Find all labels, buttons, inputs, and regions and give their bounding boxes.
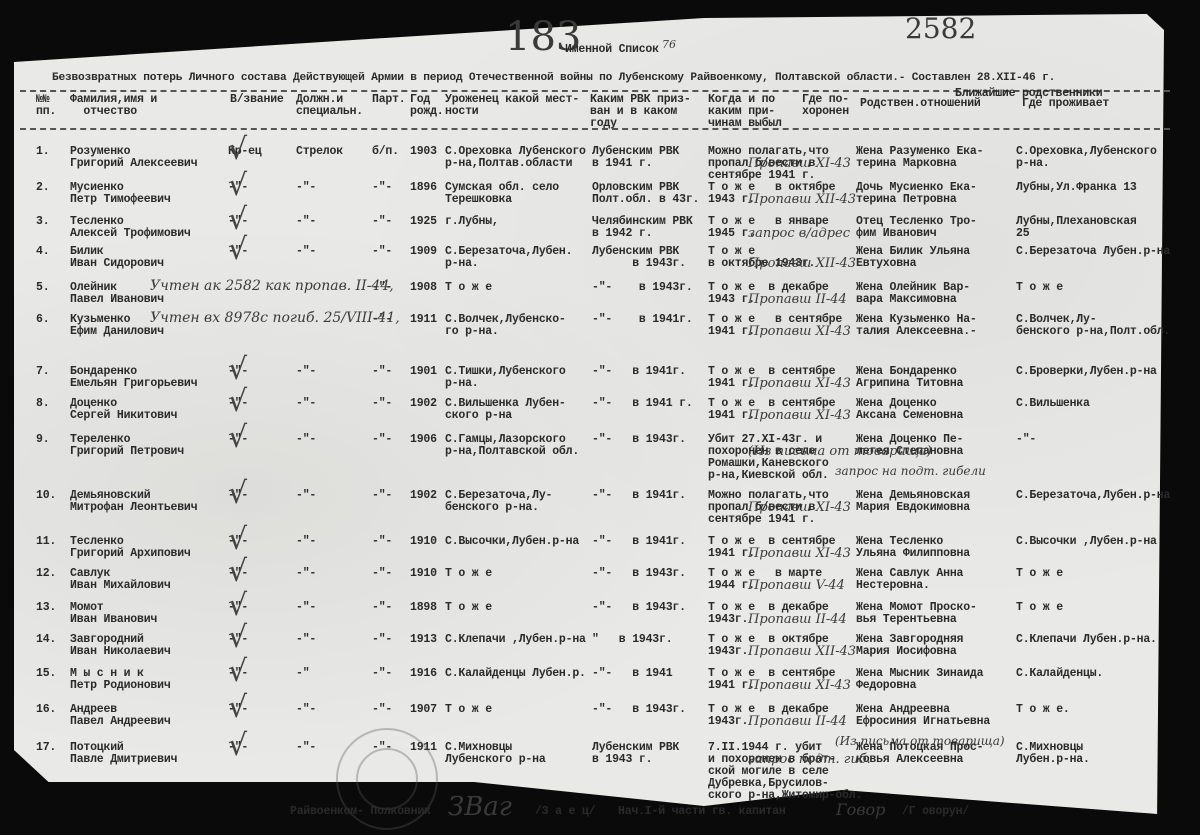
handwritten-inline-note: Учтен вх 8978с погиб. 25/VIII-41, bbox=[150, 310, 400, 326]
row-number: 8. bbox=[36, 398, 49, 410]
birthplace: С.Вильшенка Лубен- ского р-на bbox=[445, 398, 566, 422]
draft-office: Челябинским РВК в 1942 г. bbox=[592, 216, 693, 240]
handwritten-inline-note: Учтен ак 2582 как пропав. II-44, bbox=[150, 278, 394, 294]
party: б/п. bbox=[372, 146, 399, 158]
handwritten-note: Пропавш XI-43 bbox=[748, 546, 851, 561]
handwritten-note: Пропавш II-44 bbox=[748, 292, 847, 307]
checkmark-icon: √ bbox=[228, 232, 247, 267]
birth-year: 1911 bbox=[410, 314, 437, 326]
handwritten-note: Пропавш XI-43 bbox=[748, 324, 851, 339]
row-number: 4. bbox=[36, 246, 49, 258]
row-number: 1. bbox=[36, 146, 49, 158]
row-number: 12. bbox=[36, 568, 56, 580]
relative: Дочь Мусиенко Ека- терина Петровна bbox=[856, 182, 977, 206]
party: -"- bbox=[372, 490, 392, 502]
birthplace: С.Волчек,Лубенско- го р-на. bbox=[445, 314, 566, 338]
position: -"- bbox=[296, 434, 316, 446]
checkmark-icon: √ bbox=[228, 476, 247, 511]
position: -"- bbox=[296, 602, 316, 614]
chief-signature: Говор bbox=[836, 800, 885, 819]
party: -"- bbox=[372, 704, 392, 716]
draft-office: -"- в 1943г. bbox=[592, 704, 686, 716]
draft-office: -"- в 1941 bbox=[592, 668, 672, 680]
draft-office: Лубенским РВК в 1941 г. bbox=[592, 146, 679, 170]
birth-year: 1902 bbox=[410, 398, 437, 410]
soldier-name: Тесленко Григорий Архипович bbox=[70, 536, 191, 560]
birth-year: 1910 bbox=[410, 568, 437, 580]
party: -"- bbox=[372, 568, 392, 580]
soldier-name: Момот Иван Иванович bbox=[70, 602, 157, 626]
col-rvk: Каким РВК приз- ван и в каком году bbox=[590, 94, 691, 130]
position: -"- bbox=[296, 246, 316, 258]
handwritten-note: Пропавш II-44 bbox=[748, 612, 847, 627]
party: -"- bbox=[372, 434, 392, 446]
draft-office: Лубенским РВК в 1943 г. bbox=[592, 742, 679, 766]
relative: Жена Демьяновская Мария Евдокимовна bbox=[856, 490, 970, 514]
position: -"- bbox=[296, 536, 316, 548]
relative: Жена Олейник Вар- вара Максимовна bbox=[856, 282, 970, 306]
draft-office: -"- в 1941г. bbox=[592, 490, 686, 502]
loss-circumstances: 7.II.1944 г. убит и похоронен в брат- ск… bbox=[708, 742, 862, 802]
soldier-name: Тесленко Алексей Трофимович bbox=[70, 216, 191, 240]
birth-year: 1896 bbox=[410, 182, 437, 194]
relative-residence: Т о ж е bbox=[1016, 282, 1063, 294]
handwritten-note: Пропавш XI-43 bbox=[748, 156, 851, 171]
row-number: 11. bbox=[36, 536, 56, 548]
party: -"- bbox=[372, 216, 392, 228]
draft-office: -"- в 1941г. bbox=[592, 536, 686, 548]
birthplace: С.Михновцы Лубенского р-на bbox=[445, 742, 546, 766]
relative: Жена Момот Проско- вья Терентьевна bbox=[856, 602, 977, 626]
relative-residence: С.Березаточа,Лубен.р-на bbox=[1016, 490, 1170, 502]
soldier-name: Бондаренко Емельян Григорьевич bbox=[70, 366, 197, 390]
birthplace: С.Калайденцы Лубен.р. bbox=[445, 668, 586, 680]
relative-residence: С.Калайденцы. bbox=[1016, 668, 1103, 680]
position: -"- bbox=[296, 216, 316, 228]
party: -"- bbox=[372, 182, 392, 194]
row-number: 5. bbox=[36, 282, 49, 294]
position: -"- bbox=[296, 704, 316, 716]
party: -"- bbox=[372, 668, 392, 680]
birth-year: 1925 bbox=[410, 216, 437, 228]
row-number: 6. bbox=[36, 314, 49, 326]
relative: Жена Бондаренко Агрипина Титовна bbox=[856, 366, 963, 390]
checkmark-icon: √ bbox=[228, 728, 247, 763]
checkmark-icon: √ bbox=[228, 420, 247, 455]
relative-residence: С.Михновцы Лубен.р-на. bbox=[1016, 742, 1090, 766]
checkmark-icon: √ bbox=[228, 132, 247, 167]
checkmark-icon: √ bbox=[228, 690, 247, 725]
divider bbox=[20, 128, 1170, 130]
draft-office: -"- в 1941 г. bbox=[592, 398, 693, 410]
col-origin: Уроженец какой мест- ности bbox=[445, 94, 579, 118]
col-birth-year: Год рожд. bbox=[410, 94, 444, 118]
relative: Жена Мысник Зинаида Федоровна bbox=[856, 668, 983, 692]
handwritten-note: Пропавш XI-43 bbox=[748, 408, 851, 423]
relative-residence: С.Броверки,Лубен.р-на bbox=[1016, 366, 1157, 378]
row-number: 14. bbox=[36, 634, 56, 646]
draft-office: -"- в 1941г. bbox=[592, 366, 686, 378]
col-party: Парт. bbox=[372, 94, 406, 106]
document-header: Безвозвратных потерь Личного состава Дей… bbox=[52, 72, 1055, 84]
commissar-name: /З а е ц/ bbox=[535, 806, 595, 818]
position: -"- bbox=[296, 568, 316, 580]
birthplace: Т о ж е bbox=[445, 602, 492, 614]
handwritten-note: (Из письма от товарища) bbox=[748, 444, 932, 459]
checkmark-icon: √ bbox=[228, 352, 247, 387]
party: -"- bbox=[372, 634, 392, 646]
soldier-name: Демьяновский Митрофан Леонтьевич bbox=[70, 490, 197, 514]
row-number: 7. bbox=[36, 366, 49, 378]
chief-title: Нач.I-й части гв. капитан bbox=[618, 806, 786, 818]
relative-residence: -"- bbox=[1016, 434, 1036, 446]
row-number: 3. bbox=[36, 216, 49, 228]
relative: Жена Савлук Анна Нестеровна. bbox=[856, 568, 963, 592]
birthplace: С.Гамцы,Лазорского р-на,Полтавской обл. bbox=[445, 434, 579, 458]
birthplace: С.Клепачи ,Лубен.р-на bbox=[445, 634, 586, 646]
relative: Жена Тесленко Ульяна Филипповна bbox=[856, 536, 970, 560]
chief-name: /Г оворун/ bbox=[902, 806, 969, 818]
relative: Отец Тесленко Тро- фим Иванович bbox=[856, 216, 977, 240]
soldier-name: Андреев Павел Андреевич bbox=[70, 704, 171, 728]
row-number: 15. bbox=[36, 668, 56, 680]
birthplace: Сумская обл. село Терешковка bbox=[445, 182, 559, 206]
draft-office: Орловским РВК Полт.обл. в 43г. bbox=[592, 182, 699, 206]
relative: Жена Доценко Аксана Семеновна bbox=[856, 398, 963, 422]
handwritten-note: Пропавш XII-43 bbox=[748, 192, 856, 207]
birth-year: 1903 bbox=[410, 146, 437, 158]
row-number: 9. bbox=[36, 434, 49, 446]
position: -"- bbox=[296, 366, 316, 378]
stamp-emblem-icon bbox=[356, 748, 418, 810]
draft-office: -"- в 1943г. bbox=[592, 282, 693, 294]
draft-office: -"- в 1943г. bbox=[592, 602, 686, 614]
checkmark-icon: √ bbox=[228, 620, 247, 655]
checkmark-icon: √ bbox=[228, 554, 247, 589]
soldier-name: Савлук Иван Михайлович bbox=[70, 568, 171, 592]
row-number: 2. bbox=[36, 182, 49, 194]
list-number: 76 bbox=[662, 38, 676, 51]
party: -"- bbox=[372, 246, 392, 258]
relative-residence: С.Волчек,Лу- бенского р-на,Полт.обл. bbox=[1016, 314, 1170, 338]
handwritten-note: Пропавш XI-43 bbox=[748, 500, 851, 515]
commissar-title: Райвоенком- Полковник bbox=[290, 806, 431, 818]
birthplace: С.Березаточа,Лу- бенского р-на. bbox=[445, 490, 552, 514]
soldier-name: Мусиенко Петр Тимофеевич bbox=[70, 182, 171, 206]
party: -"- bbox=[372, 398, 392, 410]
checkmark-icon: √ bbox=[228, 588, 247, 623]
handwritten-note: Пропавш V-44 bbox=[748, 578, 845, 593]
row-number: 17. bbox=[36, 742, 56, 754]
draft-office: -"- в 1943г. bbox=[592, 434, 686, 446]
party: -"- bbox=[372, 366, 392, 378]
position: -"- bbox=[296, 398, 316, 410]
relative: Жена Разуменко Ека- терина Марковна bbox=[856, 146, 983, 170]
birth-year: 1913 bbox=[410, 634, 437, 646]
position: -"- bbox=[296, 634, 316, 646]
col-rank: В/звание bbox=[230, 94, 284, 106]
relative-residence: С.Клепачи Лубен.р-на. bbox=[1016, 634, 1157, 646]
birth-year: 1916 bbox=[410, 668, 437, 680]
handwritten-note: запрос подт. гиб. bbox=[748, 752, 871, 767]
relative-residence: Т о ж е bbox=[1016, 602, 1063, 614]
relative-residence: С.Высочки ,Лубен.р-на bbox=[1016, 536, 1157, 548]
col-when-why: Когда и по каким при- чинам выбыл bbox=[708, 94, 782, 130]
position: -" bbox=[296, 668, 309, 680]
draft-office: -"- в 1941г. bbox=[592, 314, 693, 326]
relative-residence: С.Березаточа Лубен.р-на bbox=[1016, 246, 1170, 258]
handwritten-note-secondary: запрос на подт. гибели bbox=[835, 464, 986, 478]
birth-year: 1906 bbox=[410, 434, 437, 446]
relative-residence: С.Вильшенка bbox=[1016, 398, 1090, 410]
birthplace: г.Лубны, bbox=[445, 216, 499, 228]
row-number: 13. bbox=[36, 602, 56, 614]
birthplace: С.Высочки,Лубен.р-на bbox=[445, 536, 579, 548]
col-num: №№ пп. bbox=[36, 94, 56, 118]
birthplace: С.Тишки,Лубенского р-на. bbox=[445, 366, 566, 390]
soldier-name: Доценко Сергей Никитович bbox=[70, 398, 177, 422]
relative: Жена Билик Ульяна Евтуховна bbox=[856, 246, 970, 270]
soldier-name: Завгородний Иван Николаевич bbox=[70, 634, 171, 658]
position: Стрелок bbox=[296, 146, 343, 158]
party: -"- bbox=[372, 536, 392, 548]
handwritten-note: запрос в/адрес bbox=[748, 226, 850, 241]
soldier-name: Тереленко Григорий Петрович bbox=[70, 434, 184, 458]
handwritten-note: Пропавш XI-43 bbox=[748, 678, 851, 693]
relative-residence: Т о ж е. bbox=[1016, 704, 1070, 716]
relative: Жена Кузьменко На- талия Алексеевна.- bbox=[856, 314, 977, 338]
document-page bbox=[14, 14, 1164, 814]
birthplace: С.Березаточа,Лубен. р-на. bbox=[445, 246, 572, 270]
col-residence: Где проживает bbox=[1022, 98, 1109, 110]
draft-office: " в 1943г. bbox=[592, 634, 672, 646]
soldier-name: Розуменко Григорий Алексеевич bbox=[70, 146, 197, 170]
relative: Жена Андреевна Ефросиния Игнатьевна bbox=[856, 704, 990, 728]
col-position: Должн.и специальн. bbox=[296, 94, 363, 118]
soldier-name: Билик Иван Сидорович bbox=[70, 246, 164, 270]
birth-year: 1898 bbox=[410, 602, 437, 614]
handwritten-note: Пропавш II-44 bbox=[748, 714, 847, 729]
checkmark-icon: √ bbox=[228, 654, 247, 689]
col-relation: Родствен.отношений bbox=[860, 98, 981, 110]
row-number: 16. bbox=[36, 704, 56, 716]
col-name: Фамилия,имя и отчество bbox=[70, 94, 157, 118]
checkmark-icon: √ bbox=[228, 522, 247, 557]
relative-residence: Лубны,Ул.Франка 13 bbox=[1016, 182, 1137, 194]
birthplace: Т о ж е bbox=[445, 704, 492, 716]
party: -"- bbox=[372, 602, 392, 614]
position: -"- bbox=[296, 742, 316, 754]
birth-year: 1907 bbox=[410, 704, 437, 716]
draft-office: Лубенским РВК в 1943г. bbox=[592, 246, 686, 270]
birthplace: Т о ж е bbox=[445, 282, 492, 294]
soldier-name: Потоцкий Павле Дмитриевич bbox=[70, 742, 177, 766]
commissar-signature: ЗВаг bbox=[448, 792, 512, 822]
position: -"- bbox=[296, 182, 316, 194]
birthplace: Т о ж е bbox=[445, 568, 492, 580]
checkmark-icon: √ bbox=[228, 384, 247, 419]
file-number: 2582 bbox=[905, 12, 976, 45]
birth-year: 1908 bbox=[410, 282, 437, 294]
birthplace: С.Ореховка Лубенского р-на,Полтав.област… bbox=[445, 146, 586, 170]
col-buried: Где по- хоронен bbox=[802, 94, 849, 118]
row-number: 10. bbox=[36, 490, 56, 502]
relative-residence: Лубны,Плехановская 25 bbox=[1016, 216, 1137, 240]
soldier-name: М ы с н и к Петр Родионович bbox=[70, 668, 171, 692]
handwritten-note: Пропавш XII-43 bbox=[748, 256, 856, 271]
list-title: Именной Список bbox=[565, 44, 659, 56]
checkmark-icon: √ bbox=[228, 168, 247, 203]
handwritten-note: Пропавш XI-43 bbox=[748, 376, 851, 391]
birth-year: 1909 bbox=[410, 246, 437, 258]
relative-residence: С.Ореховка,Лубенского р-на. bbox=[1016, 146, 1157, 170]
birth-year: 1910 bbox=[410, 536, 437, 548]
relative: Жена Потоцкая Прос- ковья Алексеевна bbox=[856, 742, 983, 766]
relative: Жена Завгородняя Мария Иосифовна bbox=[856, 634, 963, 658]
relative-residence: Т о ж е bbox=[1016, 568, 1063, 580]
birth-year: 1901 bbox=[410, 366, 437, 378]
draft-office: -"- в 1943г. bbox=[592, 568, 686, 580]
handwritten-note: Пропавш XII-43 bbox=[748, 644, 856, 659]
birth-year: 1902 bbox=[410, 490, 437, 502]
position: -"- bbox=[296, 490, 316, 502]
